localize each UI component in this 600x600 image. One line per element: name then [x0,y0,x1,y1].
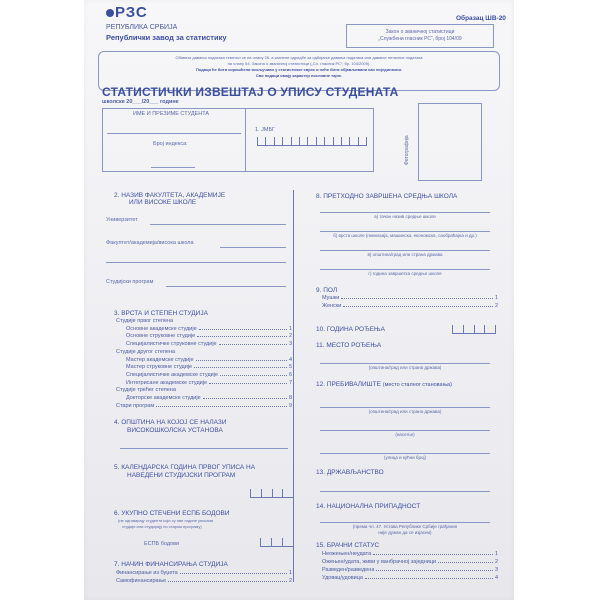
section-7-title: 7. НАЧИН ФИНАНСИРАЊА СТУДИЈА [114,561,228,568]
leader-dots [343,305,493,307]
option-code: 2 [289,333,292,339]
faculty-input-cont[interactable] [106,262,286,263]
jmbg-label: 1. ЈМБГ [255,127,275,133]
section-4-title-cont: ВИСОКОШКОЛСКА УСТАНОВА [127,427,223,434]
option-item[interactable]: Ожењен/удата, живи у ванбрачној заједниц… [322,559,498,565]
option-item[interactable]: Удовац/удовица4 [322,575,498,581]
faculty-label: Факултет/академија/висока школа [106,240,194,246]
leader-dots [196,359,287,361]
option-code: 9 [289,403,292,409]
school-place-caption: в) општина/град или страна држава [320,252,490,257]
option-item[interactable]: Разведен/разведена3 [322,567,498,573]
option-label: Специјалистичке струковне студије [126,341,217,347]
leader-dots [194,366,287,368]
option-item: Студије трећег степена [116,387,292,393]
name-label: ИМЕ И ПРЕЗИМЕ СТУДЕНТА [133,111,209,117]
school-type-caption: б) врста школе (гимназија, машинска, еко… [300,233,510,238]
logo-text: РЗС [115,4,148,21]
law-reference-box: Закон о званичној статистици „Службени г… [346,24,494,48]
leader-dots [168,580,287,582]
school-place-input[interactable] [320,250,490,251]
nationality-caption: (према чл. 47. Устава Републике Србије г… [320,524,490,529]
program-label: Студијски програм [106,279,153,285]
first-enrollment-year-input[interactable] [250,489,294,498]
option-label: Стари програм [116,403,154,409]
leader-dots [209,382,287,384]
option-item: Студије другог степена [116,349,292,355]
option-item[interactable]: Самофинансирање2 [116,578,292,584]
school-year-field[interactable]: школске 20___/20___ године [102,99,179,105]
school-name-input[interactable] [320,212,490,213]
option-item[interactable]: Интегрисане академске студије7 [126,380,292,386]
option-code: 7 [289,380,292,386]
leader-dots [376,569,493,571]
option-label: Студије трећег степена [116,387,176,393]
faculty-input[interactable] [220,247,286,248]
law-line: „Службени гласник РС“, број 104/09 [347,36,493,43]
logo-dot-icon [106,9,114,17]
graduation-year-input[interactable] [320,269,490,270]
name-input-line[interactable] [107,133,241,134]
university-input[interactable] [150,224,286,225]
leader-dots [180,572,287,574]
option-code: 3 [289,341,292,347]
option-code: 8 [289,395,292,401]
option-label: Интегрисане академске студије [126,380,207,386]
option-item[interactable]: Мушки1 [322,295,498,301]
option-item[interactable]: Специјалистичке академске студије6 [126,372,292,378]
option-code: 2 [495,559,498,565]
option-label: Основне струковне студије [126,333,195,339]
option-label: Основне академске студије [126,326,197,332]
section-6-note-cont: студије или студирају по старом програму… [122,524,202,529]
section-4-title: 4. ОПШТИНА НА КОЈОЈ СЕ НАЛАЗИ [114,419,227,426]
leader-dots [373,553,493,555]
residence-subtitle: (место сталног становања) [383,382,452,388]
option-label: Неожењен/неудата [322,551,371,557]
section-6-title: 6. УКУПНО СТЕЧЕНИ ЕСПБ БОДОВИ [114,510,230,517]
option-item[interactable]: Специјалистичке струковне студије3 [126,341,292,347]
option-item[interactable]: Мастер струковне студије5 [126,364,292,370]
photo-label: Фотографија [404,135,410,165]
section-14-title: 14. НАЦИОНАЛНА ПРИПАДНОСТ [316,503,420,510]
leader-dots [438,561,493,563]
nationality-caption-cont: није дужан да се изјасни) [320,530,490,535]
option-item[interactable]: Стари програм9 [116,403,292,409]
option-label: Мушки [322,295,339,301]
notice-line-bold: Подаци ће бити коришћени искључиво у ста… [196,67,402,72]
form-title: СТАТИСТИЧКИ ИЗВЕШТАЈ О УПИСУ СТУДЕНАТА [102,85,399,99]
option-code: 3 [495,567,498,573]
residence-municipality-input[interactable] [320,407,490,408]
option-label: Мастер академске студије [126,357,194,363]
column-divider [293,190,294,582]
option-label: Студије првог степена [116,318,173,324]
leader-dots [220,374,287,376]
option-item[interactable]: Финансирање из буџета1 [116,570,292,576]
option-label: Мастер струковне студије [126,364,192,370]
leader-dots [203,397,287,399]
option-label: Разведен/разведена [322,567,374,573]
notice-line-bold: Сви подаци имају карактер пословне тајне… [256,73,342,78]
residence-street-input[interactable] [320,453,490,454]
citizenship-input[interactable] [320,491,490,492]
option-label: Студије другог степена [116,349,175,355]
ects-label: ЕСПБ бодови [144,541,179,547]
option-label: Финансирање из буџета [116,570,178,576]
section-5-title: 5. КАЛЕНДАРСКА ГОДИНА ПРВОГ УПИСА НА [114,464,255,471]
form-code: Образац ШВ-20 [456,15,506,22]
option-code: 4 [289,357,292,363]
residence-street-caption: (улица и кућни број) [320,455,490,460]
photo-box [418,103,482,181]
section-3-title: 3. ВРСТА И СТЕПЕН СТУДИЈА [114,310,208,317]
option-code: 6 [289,372,292,378]
university-label: Универзитет [106,217,138,223]
form-page: РЗС РЕПУБЛИКА СРБИЈА Републички завод за… [84,0,514,600]
republic-label: РЕПУБЛИКА СРБИЈА [106,24,177,31]
residence-title: 12. ПРЕБИВАЛИШТЕ [316,381,381,388]
section-2-title-cont: ИЛИ ВИСОКЕ ШКОЛЕ [129,199,196,206]
school-type-input[interactable] [320,231,490,232]
leader-dots [197,335,287,337]
leader-dots [156,405,287,407]
option-code: 2 [495,303,498,309]
section-9-title: 9. ПОЛ [316,287,337,294]
index-label: Број индекса: [153,141,188,147]
birthplace-caption: (општина/град или страна држава) [320,365,490,370]
section-5-title-cont: НАВЕДЕНИ СТУДИЈСКИ ПРОГРАМ [127,472,235,479]
option-label: Ожењен/удата, живи у ванбрачној заједниц… [322,559,436,565]
section-2-title: 2. НАЗИВ ФАКУЛТЕТА, АКАДЕМИЈЕ [114,192,225,199]
option-code: 5 [289,364,292,370]
residence-settlement-input[interactable] [320,430,490,431]
option-code: 1 [495,295,498,301]
section-6-note: (не одговарају студенти који су овe годи… [118,518,213,523]
school-name-caption: а) тачан назив средње школе [320,214,490,219]
section-15-title: 15. БРАЧНИ СТАТУС [316,542,379,549]
option-item: Студије првог степена [116,318,292,324]
jmbg-input[interactable] [257,137,367,146]
option-code: 1 [289,326,292,332]
nationality-input[interactable] [320,522,490,523]
birthplace-input[interactable] [320,363,490,364]
option-label: Докторске академске студије [126,395,201,401]
student-id-box: ИМЕ И ПРЕЗИМЕ СТУДЕНТА Број индекса: 1. … [102,108,374,172]
program-input[interactable] [166,286,286,287]
leader-dots [341,297,493,299]
leader-dots [199,328,287,330]
residence-municipality-caption: (општина/град или страна држава) [320,409,490,414]
option-label: Женски [322,303,341,309]
section-12-title: 12. ПРЕБИВАЛИШТЕ (место сталног становањ… [316,381,452,388]
index-input-line[interactable] [151,167,195,168]
section-11-title: 11. МЕСТО РОЂЕЊА [316,342,381,349]
section-13-title: 13. ДРЖАВЉАНСТВО [316,469,384,476]
section-8-title: 8. ПРЕТХОДНО ЗАВРШЕНА СРЕДЊА ШКОЛА [316,193,457,200]
leader-dots [219,343,287,345]
municipality-input[interactable] [120,448,288,449]
institute-name: Републички завод за статистику [106,33,227,42]
law-line: Закон о званичној статистици [347,29,493,36]
ects-input[interactable] [260,538,294,547]
section-10-title: 10. ГОДИНА РОЂЕЊА [316,326,385,333]
option-item[interactable]: Мастер академске студије4 [126,357,292,363]
option-item[interactable]: Основне академске студије1 [126,326,292,332]
birth-year-input[interactable] [452,325,496,334]
option-item[interactable]: Основне струковне студије2 [126,333,292,339]
rzs-logo: РЗС [106,4,148,21]
residence-settlement-caption: (насеље) [320,432,490,437]
option-label: Удовац/удовица [322,575,363,581]
option-code: 1 [289,570,292,576]
option-label: Специјалистичке академске студије [126,372,218,378]
option-item[interactable]: Женски2 [322,303,498,309]
option-item[interactable]: Докторске академске студије8 [126,395,292,401]
leader-dots [365,577,493,579]
option-code: 2 [289,578,292,584]
option-label: Самофинансирање [116,578,166,584]
option-code: 4 [495,575,498,581]
box-divider [245,109,246,172]
option-code: 1 [495,551,498,557]
option-item[interactable]: Неожењен/неудата1 [322,551,498,557]
graduation-year-caption: г) година завршетка средње школе [320,271,490,276]
